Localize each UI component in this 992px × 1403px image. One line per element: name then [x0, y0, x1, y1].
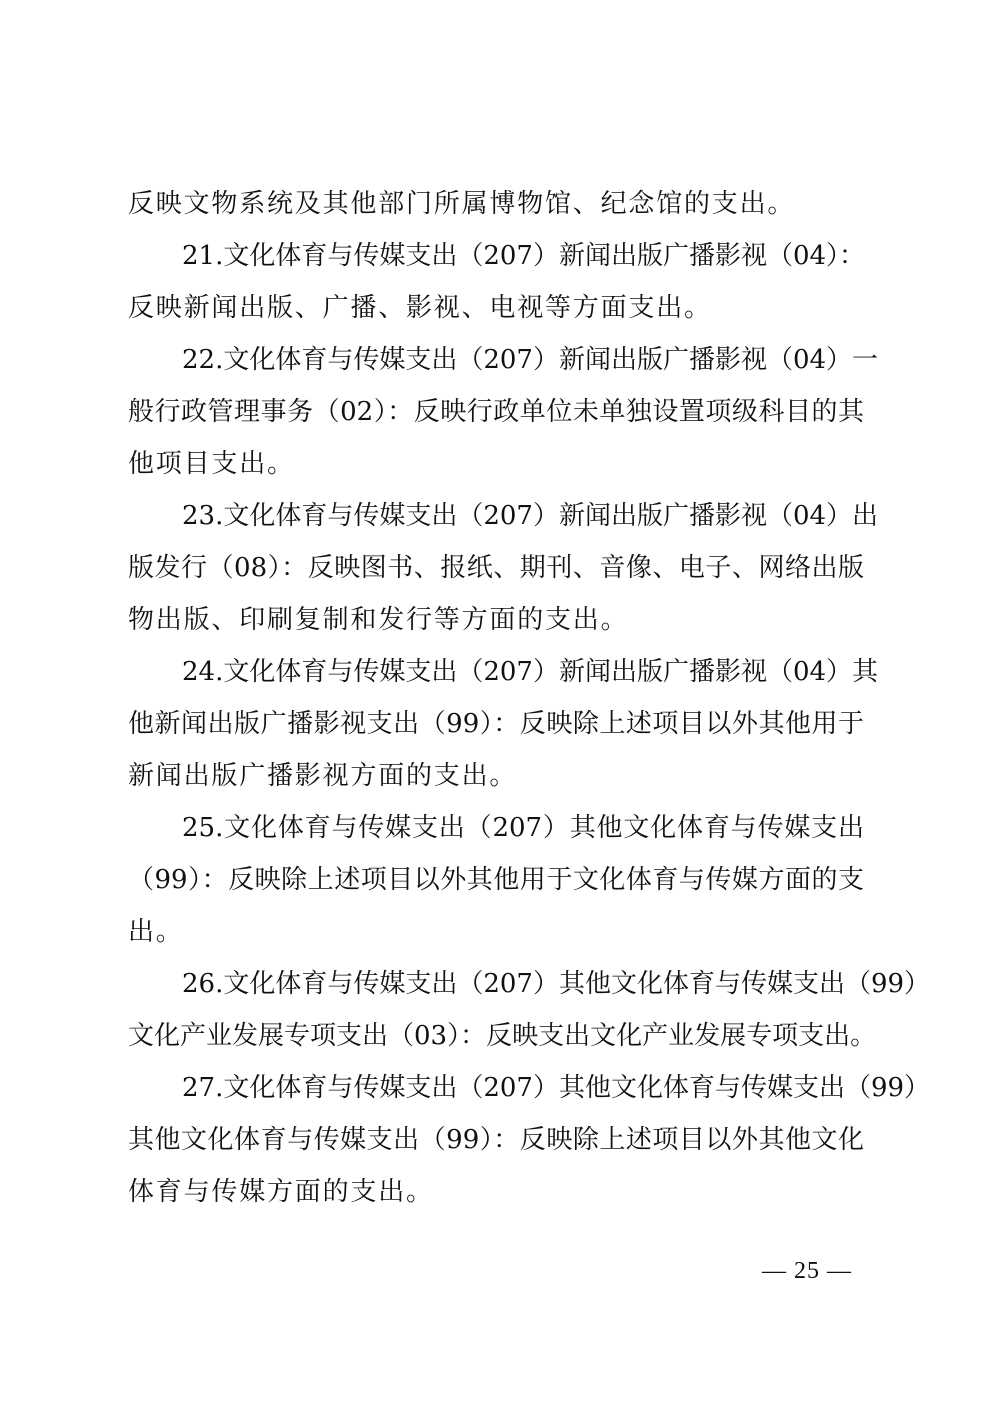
text-line: 23.文化体育与传媒支出（207）新闻出版广播影视（04）出 — [128, 490, 864, 542]
page-number: — 25 — — [762, 1258, 852, 1285]
text-line: （99）：反映除上述项目以外其他用于文化体育与传媒方面的支 — [128, 854, 864, 906]
text-line: 反映新闻出版、广播、影视、电视等方面支出。 — [128, 282, 864, 334]
text-line: 体育与传媒方面的支出。 — [128, 1166, 864, 1218]
text-line: 文化产业发展专项支出（03）：反映支出文化产业发展专项支出。 — [128, 1010, 864, 1062]
text-line: 27.文化体育与传媒支出（207）其他文化体育与传媒支出（99） — [128, 1062, 864, 1114]
text-line: 25.文化体育与传媒支出（207）其他文化体育与传媒支出 — [128, 802, 864, 854]
text-line: 出。 — [128, 906, 864, 958]
text-line: 22.文化体育与传媒支出（207）新闻出版广播影视（04）一 — [128, 334, 864, 386]
text-line: 24.文化体育与传媒支出（207）新闻出版广播影视（04）其 — [128, 646, 864, 698]
text-line: 般行政管理事务（02）：反映行政单位未单独设置项级科目的其 — [128, 386, 864, 438]
text-line: 他项目支出。 — [128, 438, 864, 490]
text-line: 反映文物系统及其他部门所属博物馆、纪念馆的支出。 — [128, 178, 864, 230]
document-body: 反映文物系统及其他部门所属博物馆、纪念馆的支出。 21.文化体育与传媒支出（20… — [128, 178, 864, 1218]
text-line: 版发行（08）：反映图书、报纸、期刊、音像、电子、网络出版 — [128, 542, 864, 594]
text-line: 他新闻出版广播影视支出（99）：反映除上述项目以外其他用于 — [128, 698, 864, 750]
text-line: 26.文化体育与传媒支出（207）其他文化体育与传媒支出（99） — [128, 958, 864, 1010]
text-line: 21.文化体育与传媒支出（207）新闻出版广播影视（04）： — [128, 230, 864, 282]
text-line: 新闻出版广播影视方面的支出。 — [128, 750, 864, 802]
text-line: 物出版、印刷复制和发行等方面的支出。 — [128, 594, 864, 646]
text-line: 其他文化体育与传媒支出（99）：反映除上述项目以外其他文化 — [128, 1114, 864, 1166]
